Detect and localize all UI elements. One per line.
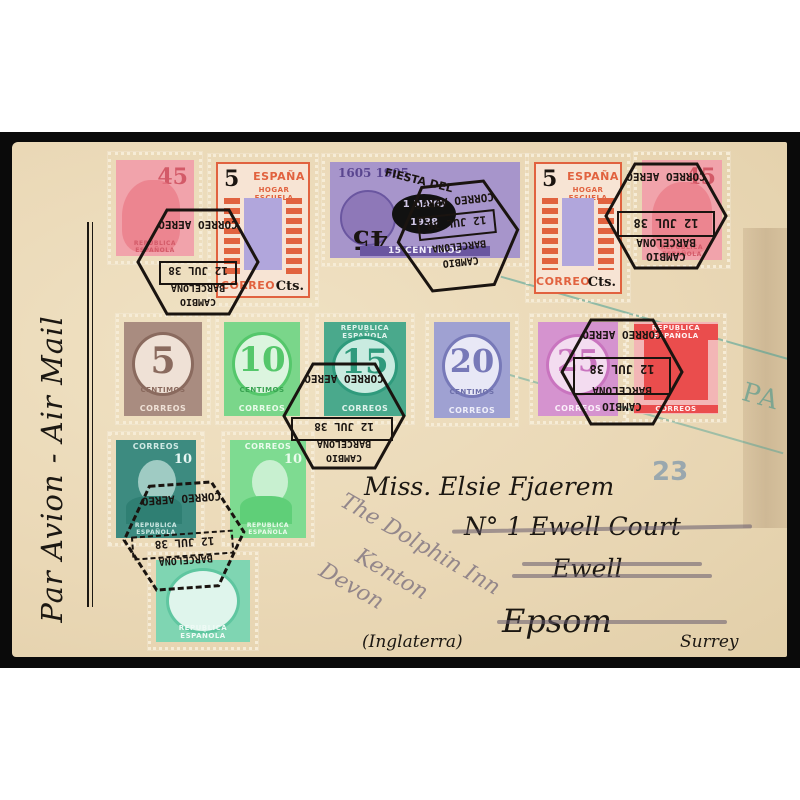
postmark-cancel-3: CORREO AEREO 12 JUL 38 BARCELONA CAMBIO — [604, 162, 728, 270]
stamp-20-centimos-violet: 20 CENTIMOS CORREOS — [426, 314, 518, 426]
envelope: PA Par Avion - Air Mail 45 REPUBLICA ESP… — [12, 142, 787, 657]
address-country: (Inglaterra) — [362, 632, 463, 652]
strikethrough-line-2 — [522, 562, 702, 566]
postmark-cancel-4: CORREO AEREO 12 JUL 38 BARCELONA CAMBIO — [282, 362, 406, 470]
postmark-cancel-5: CORREO AEREO 12 JUL 38 BARCELONA CAMBIO — [560, 318, 684, 426]
recipient-name: Miss. Elsie Fjaerem — [364, 472, 614, 501]
address-line-2: Ewell — [552, 554, 622, 583]
airmail-label: Par Avion - Air Mail — [35, 259, 69, 657]
address-county: Surrey — [680, 632, 739, 652]
airmail-underline — [87, 222, 93, 607]
strikethrough-line-2b — [512, 574, 712, 578]
postmark-cancel-6: CORREO AEREO 12 JUL 38 BARCELONA — [118, 478, 249, 594]
blue-handstamp-number: 23 — [652, 457, 688, 487]
strikethrough-line-3 — [497, 620, 727, 624]
statue-vignette — [562, 198, 594, 266]
postmark-cancel-1: CORREO AEREO 12 JUL 38 BARCELONA CAMBIO — [136, 208, 260, 316]
stamp-5-centimos-brown: 5 CENTIMOS CORREOS — [116, 314, 210, 424]
postmark-cancel-2: CORREO AEREO 12 JUL 38 BARCELONA CAMBIO — [391, 176, 526, 296]
